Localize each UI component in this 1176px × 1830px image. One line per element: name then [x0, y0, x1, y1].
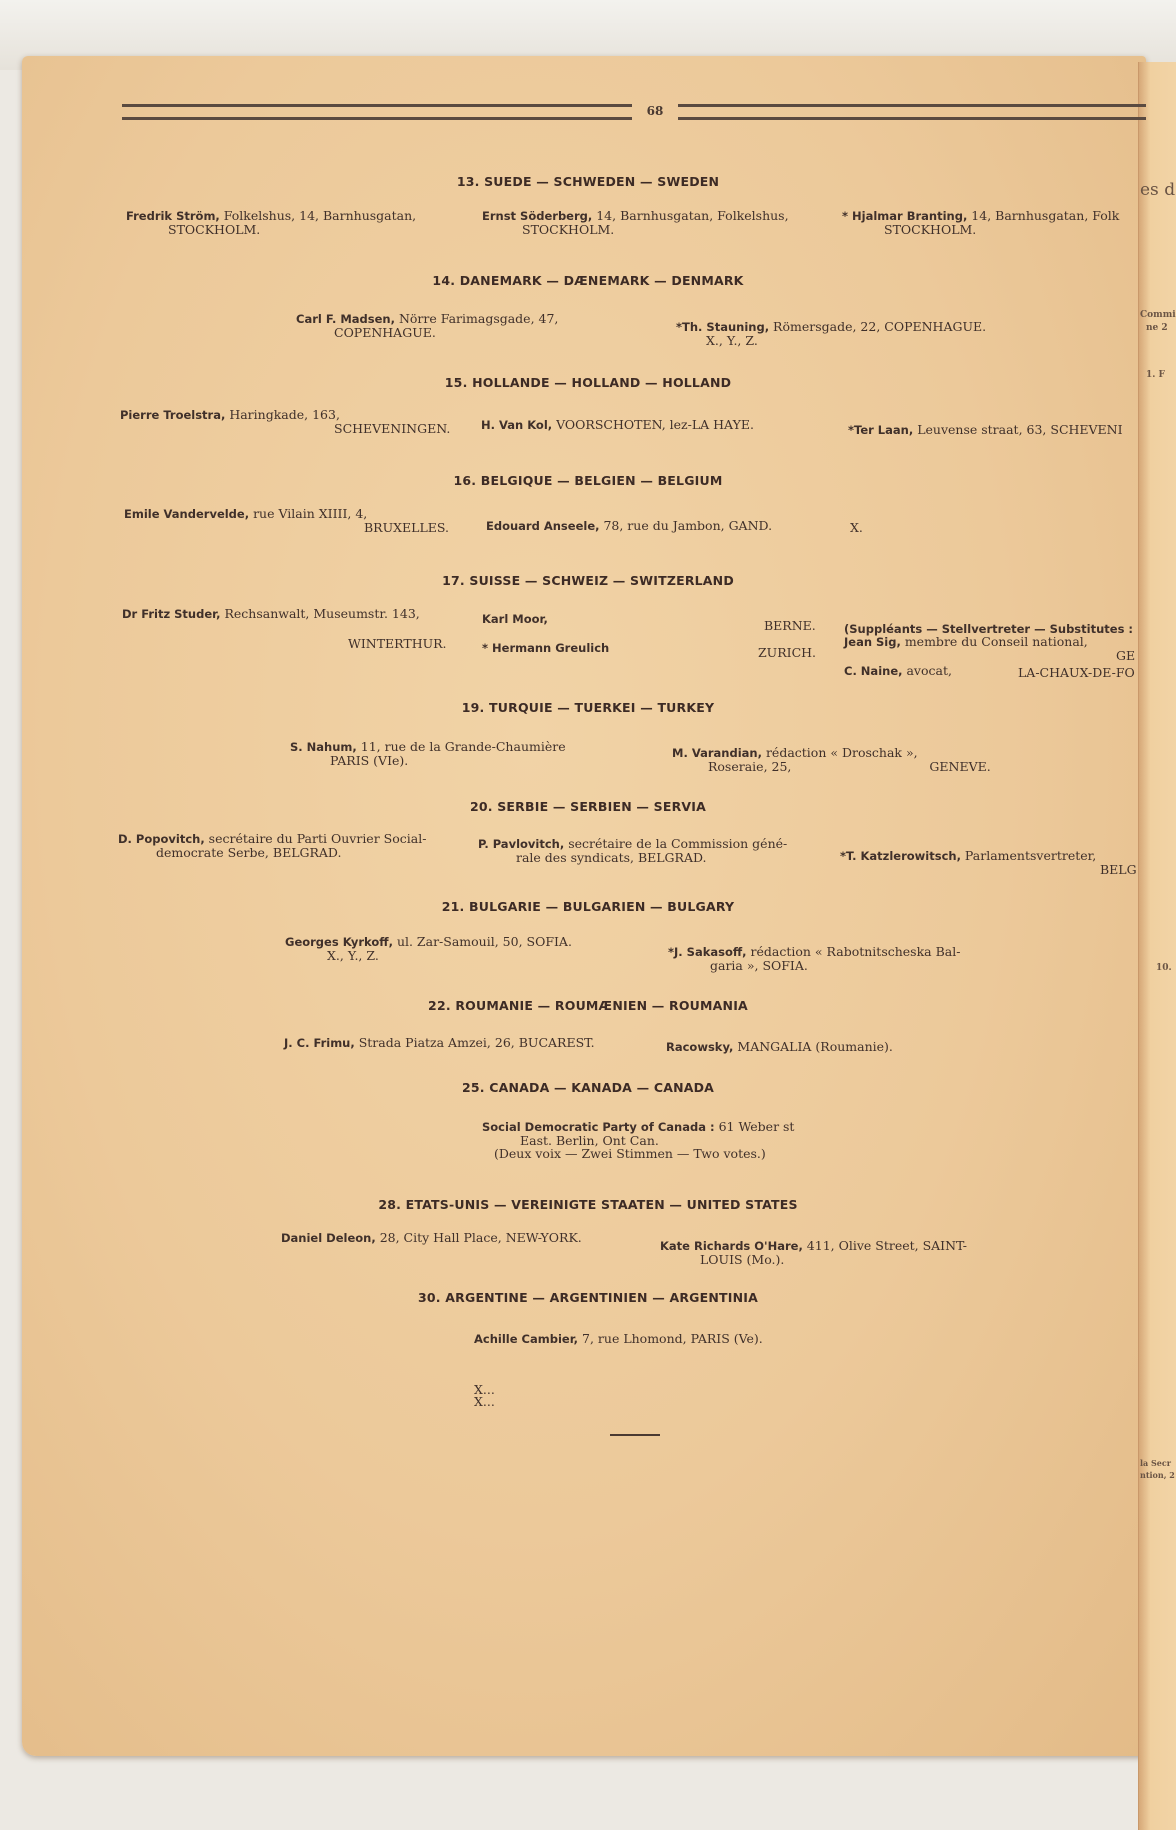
closing-rule [610, 1434, 660, 1436]
section-title-canada: 25. CANADA — KANADA — CANADA [0, 1080, 1176, 1095]
delegate-entry: Edouard Anseele, 78, rue du Jambon, GAND… [486, 519, 772, 533]
delegate-entry: Karl Moor, [482, 612, 548, 626]
delegate-entry: S. Nahum, 11, rue de la Grande-Chaumière… [290, 740, 566, 767]
delegate-entry: Emile Vandervelde, rue Vilain XIIII, 4, … [124, 507, 449, 534]
adjacent-page-fragment: ntion, 2 [1140, 1470, 1175, 1480]
section-title-united-states: 28. ETATS-UNIS — VEREINIGTE STAATEN — UN… [0, 1197, 1176, 1212]
delegate-entry: Carl F. Madsen, Nörre Farimagsgade, 47, … [296, 312, 558, 339]
delegate-entry: * Hjalmar Branting, 14, Barnhusgatan, Fo… [842, 209, 1119, 236]
delegate-entry: J. C. Frimu, Strada Piatza Amzei, 26, BU… [284, 1036, 595, 1050]
section-title-holland: 15. HOLLANDE — HOLLAND — HOLLAND [0, 375, 1176, 390]
delegate-entry: *Th. Stauning, Römersgade, 22, COPENHAGU… [676, 320, 986, 347]
section-title-serbia: 20. SERBIE — SERBIEN — SERVIA [0, 799, 1176, 814]
header-rule-left [122, 104, 632, 120]
section-title-switzerland: 17. SUISSE — SCHWEIZ — SWITZERLAND [0, 573, 1176, 588]
delegate-entry: Ernst Söderberg, 14, Barnhusgatan, Folke… [482, 209, 789, 236]
section-title-turkey: 19. TURQUIE — TUERKEI — TURKEY [0, 700, 1176, 715]
adjacent-page-fragment: ne 2 [1146, 323, 1168, 333]
delegate-entry: Kate Richards O'Hare, 411, Olive Street,… [660, 1239, 967, 1266]
delegate-city: BERNE. [764, 619, 816, 632]
placeholder-entry: X... X... [474, 1384, 495, 1408]
delegate-city: ZURICH. [758, 646, 816, 659]
delegate-entry: M. Varandian, rédaction « Droschak », Ro… [672, 746, 991, 773]
adjacent-page-fragment: la Secr [1140, 1458, 1171, 1468]
delegate-city: LA-CHAUX-DE-FO [1018, 666, 1135, 679]
delegate-entry: X. [850, 521, 863, 534]
delegate-entry: Jean Sig, membre du Conseil national, GE [844, 635, 1135, 662]
delegate-entry: Fredrik Ström, Folkelshus, 14, Barnhusga… [126, 209, 416, 236]
delegate-entry: C. Naine, avocat, [844, 664, 952, 678]
section-title-belgium: 16. BELGIQUE — BELGIEN — BELGIUM [0, 473, 1176, 488]
delegate-entry: Racowsky, MANGALIA (Roumanie). [666, 1040, 893, 1054]
section-title-argentina: 30. ARGENTINE — ARGENTINIEN — ARGENTINIA [0, 1290, 1176, 1305]
delegate-entry: Dr Fritz Studer, Rechsanwalt, Museumstr.… [122, 607, 420, 621]
section-title-denmark: 14. DANEMARK — DÆNEMARK — DENMARK [0, 273, 1176, 288]
delegate-entry: *J. Sakasoff, rédaction « Rabotnitschesk… [668, 945, 960, 972]
delegate-entry: H. Van Kol, VOORSCHOTEN, lez-LA HAYE. [481, 418, 754, 432]
delegate-entry: * Hermann Greulich [482, 641, 609, 655]
delegate-entry: Achille Cambier, 7, rue Lhomond, PARIS (… [474, 1332, 763, 1346]
section-title-roumania: 22. ROUMANIE — ROUMÆNIEN — ROUMANIA [0, 998, 1176, 1013]
page-number: 68 [640, 104, 670, 118]
adjacent-page-fragment: Commi [1140, 310, 1176, 320]
delegate-entry: P. Pavlovitch, secrétaire de la Commissi… [478, 837, 787, 864]
header-rule-right [678, 104, 1146, 120]
delegate-entry: *T. Katzlerowitsch, Parlamentsvertreter,… [840, 849, 1137, 876]
delegate-entry: *Ter Laan, Leuvense straat, 63, SCHEVENI [848, 423, 1123, 437]
section-title-bulgaria: 21. BULGARIE — BULGARIEN — BULGARY [0, 899, 1176, 914]
section-title-sweden: 13. SUEDE — SCHWEDEN — SWEDEN [0, 174, 1176, 189]
delegate-entry: D. Popovitch, secrétaire du Parti Ouvrie… [118, 832, 426, 859]
delegate-entry: Pierre Troelstra, Haringkade, 163, SCHEV… [120, 408, 450, 435]
delegate-entry: Daniel Deleon, 28, City Hall Place, NEW-… [281, 1231, 582, 1245]
delegate-city: WINTERTHUR. [348, 637, 447, 650]
delegate-entry: Georges Kyrkoff, ul. Zar-Samouil, 50, SO… [285, 935, 572, 962]
delegate-entry: Social Democratic Party of Canada : 61 W… [482, 1120, 794, 1160]
adjacent-page-fragment: 10. [1156, 963, 1172, 973]
